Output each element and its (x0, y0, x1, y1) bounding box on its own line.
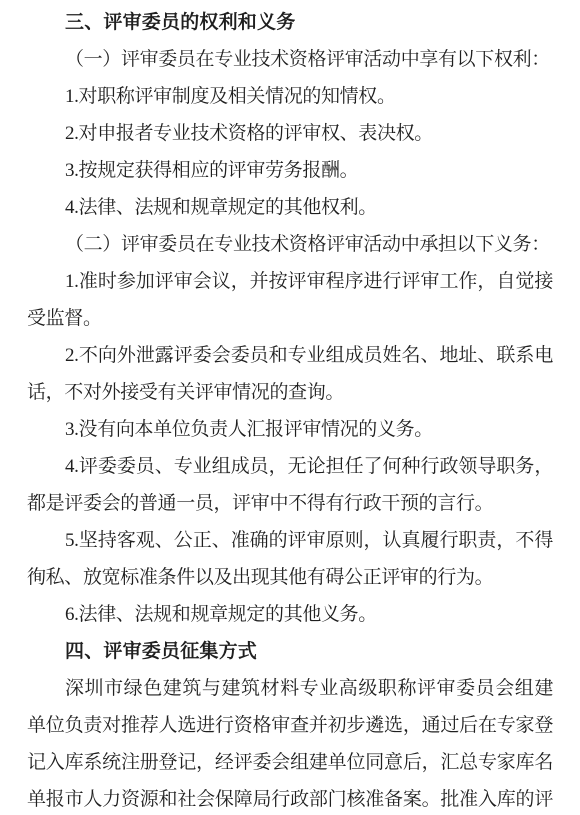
text-line: 3.没有向本单位负责人汇报评审情况的义务。 (27, 411, 553, 448)
text-line: 受监督。 (27, 300, 553, 337)
text-line: 2.对申报者专业技术资格的评审权、表决权。 (27, 115, 553, 152)
section-heading: 三、评审委员的权利和义务 (27, 4, 553, 41)
document-body: 三、评审委员的权利和义务（一）评审委员在专业技术资格评审活动中享有以下权利：1.… (27, 4, 553, 815)
text-line: 3.按规定获得相应的评审劳务报酬。 (27, 152, 553, 189)
text-line: 单位负责对推荐人选进行资格审查并初步遴选，通过后在专家登 (27, 707, 553, 744)
text-line: 深圳市绿色建筑与建筑材料专业高级职称评审委员会组建 (27, 670, 553, 707)
text-line: 都是评委会的普通一员，评审中不得有行政干预的言行。 (27, 485, 553, 522)
text-line: 单报市人力资源和社会保障局行政部门核准备案。批准入库的评 (27, 781, 553, 815)
text-line: （二）评审委员在专业技术资格评审活动中承担以下义务： (27, 226, 553, 263)
text-line: （一）评审委员在专业技术资格评审活动中享有以下权利： (27, 41, 553, 78)
document-page: 三、评审委员的权利和义务（一）评审委员在专业技术资格评审活动中享有以下权利：1.… (0, 0, 580, 815)
text-line: 5.坚持客观、公正、准确的评审原则，认真履行职责，不得 (27, 522, 553, 559)
text-line: 2.不向外泄露评委会委员和专业组成员姓名、地址、联系电 (27, 337, 553, 374)
text-line: 1.对职称评审制度及相关情况的知情权。 (27, 78, 553, 115)
text-line: 6.法律、法规和规章规定的其他义务。 (27, 596, 553, 633)
text-line: 记入库系统注册登记，经评委会组建单位同意后，汇总专家库名 (27, 744, 553, 781)
text-line: 1.准时参加评审会议，并按评审程序进行评审工作，自觉接 (27, 263, 553, 300)
text-line: 话，不对外接受有关评审情况的查询。 (27, 374, 553, 411)
text-line: 徇私、放宽标准条件以及出现其他有碍公正评审的行为。 (27, 559, 553, 596)
section-heading: 四、评审委员征集方式 (27, 633, 553, 670)
text-line: 4.法律、法规和规章规定的其他权利。 (27, 189, 553, 226)
text-line: 4.评委委员、专业组成员，无论担任了何种行政领导职务， (27, 448, 553, 485)
